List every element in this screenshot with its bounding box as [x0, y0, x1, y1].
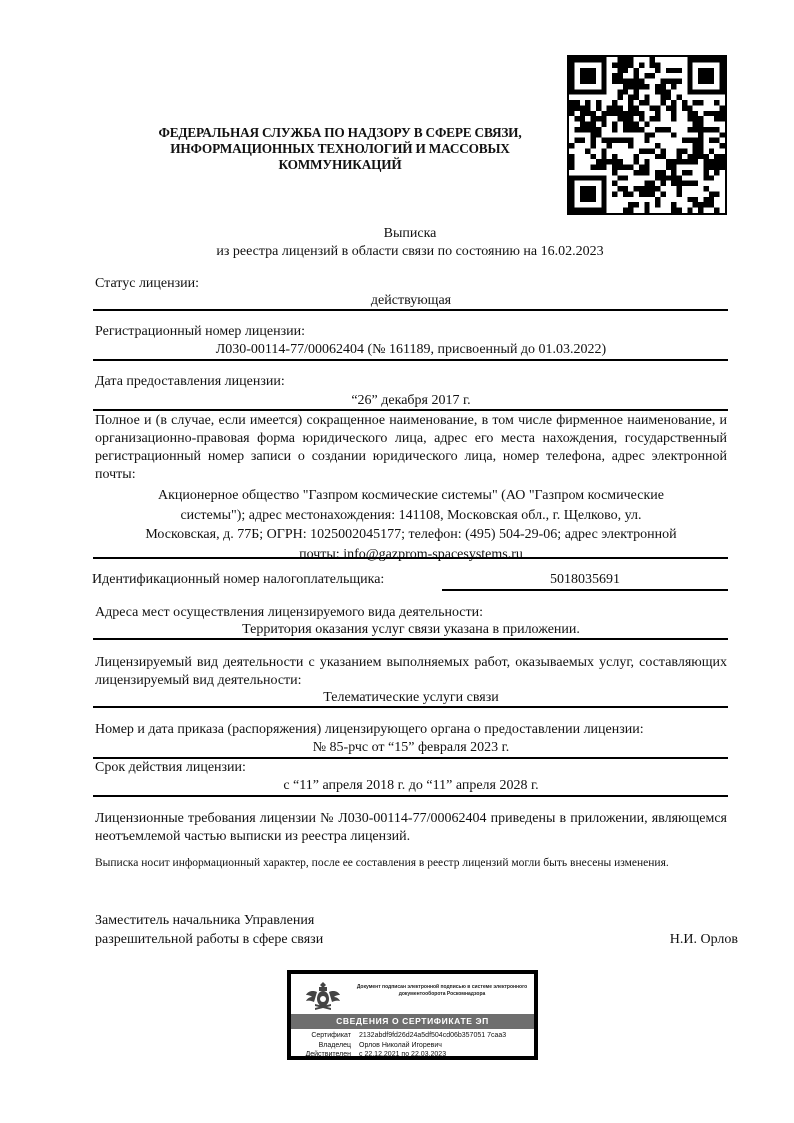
- divider: [93, 309, 728, 311]
- qr-code-icon: [567, 55, 727, 215]
- agency-line-3: КОММУНИКАЦИЙ: [120, 157, 560, 173]
- stamp-title: СВЕДЕНИЯ О СЕРТИФИКАТЕ ЭП: [291, 1014, 534, 1029]
- reg-number-value: Л030-00114-77/00062404 (№ 161189, присво…: [95, 342, 727, 358]
- activity-label: Лицензируемый вид деятельности с указани…: [95, 654, 727, 690]
- coat-of-arms-icon: [303, 978, 343, 1014]
- stamp-row-value: 2132abdf9fd26d24a5df504cd06b357051 7caa3: [359, 1031, 506, 1040]
- stamp-row-value: Орлов Николай Игоревич: [359, 1041, 442, 1050]
- licensee-value: Акционерное общество "Газпром космически…: [95, 486, 727, 564]
- divider: [442, 589, 728, 591]
- stamp-row-value: с 22.12.2021 по 22.03.2023: [359, 1050, 446, 1059]
- status-value: действующая: [95, 293, 727, 309]
- addresses-value: Территория оказания услуг связи указана …: [95, 622, 727, 638]
- agency-line-2: ИНФОРМАЦИОННЫХ ТЕХНОЛОГИЙ И МАССОВЫХ: [120, 141, 560, 157]
- signer-position-line1: Заместитель начальника Управления: [95, 913, 314, 929]
- validity-label: Срок действия лицензии:: [95, 760, 246, 776]
- licensee-line: почты: info@gazprom-spacesystems.ru: [95, 545, 727, 565]
- divider: [93, 557, 728, 559]
- agency-line-1: ФЕДЕРАЛЬНАЯ СЛУЖБА ПО НАДЗОРУ В СФЕРЕ СВ…: [120, 125, 560, 141]
- stamp-row-key: Владелец: [293, 1041, 351, 1050]
- signer-name: Н.И. Орлов: [620, 932, 738, 948]
- activity-value: Телематические услуги связи: [95, 690, 727, 706]
- reg-number-label: Регистрационный номер лицензии:: [95, 324, 305, 340]
- stamp-row-key: Сертификат: [293, 1031, 351, 1040]
- certificate-stamp: Документ подписан электронной подписью в…: [287, 970, 538, 1060]
- divider: [93, 359, 728, 361]
- document-title: Выписка: [90, 226, 730, 242]
- inn-value: 5018035691: [442, 572, 728, 588]
- divider: [93, 757, 728, 759]
- divider: [93, 638, 728, 640]
- document-subtitle: из реестра лицензий в области связи по с…: [90, 244, 730, 260]
- validity-value: с “11” апреля 2018 г. до “11” апреля 202…: [95, 778, 727, 794]
- licensee-line: Московская, д. 77Б; ОГРН: 1025002045177;…: [95, 525, 727, 545]
- stamp-row-key: Действителен: [293, 1050, 351, 1059]
- status-label: Статус лицензии:: [95, 276, 199, 292]
- issue-date-value: “26” декабря 2017 г.: [95, 393, 727, 409]
- issue-date-label: Дата предоставления лицензии:: [95, 374, 285, 390]
- requirements-note: Лицензионные требования лицензии № Л030-…: [95, 810, 727, 846]
- addresses-label: Адреса мест осуществления лицензируемого…: [95, 605, 483, 621]
- licensee-line: системы"); адрес местонахождения: 141108…: [95, 506, 727, 526]
- divider: [93, 795, 728, 797]
- licensee-line: Акционерное общество "Газпром космически…: [95, 486, 727, 506]
- licensee-label: Полное и (в случае, если имеется) сокращ…: [95, 412, 727, 484]
- stamp-org-text: Документ подписан электронной подписью в…: [353, 984, 531, 998]
- divider: [93, 706, 728, 708]
- divider: [93, 409, 728, 411]
- order-value: № 85-рчс от “15” февраля 2023 г.: [95, 740, 727, 756]
- agency-name: ФЕДЕРАЛЬНАЯ СЛУЖБА ПО НАДЗОРУ В СФЕРЕ СВ…: [120, 125, 560, 173]
- order-label: Номер и дата приказа (распоряжения) лице…: [95, 722, 644, 738]
- signer-position-line2: разрешительной работы в сфере связи: [95, 932, 323, 948]
- disclaimer-note: Выписка носит информационный характер, п…: [95, 855, 727, 872]
- inn-label: Идентификационный номер налогоплательщик…: [92, 572, 384, 588]
